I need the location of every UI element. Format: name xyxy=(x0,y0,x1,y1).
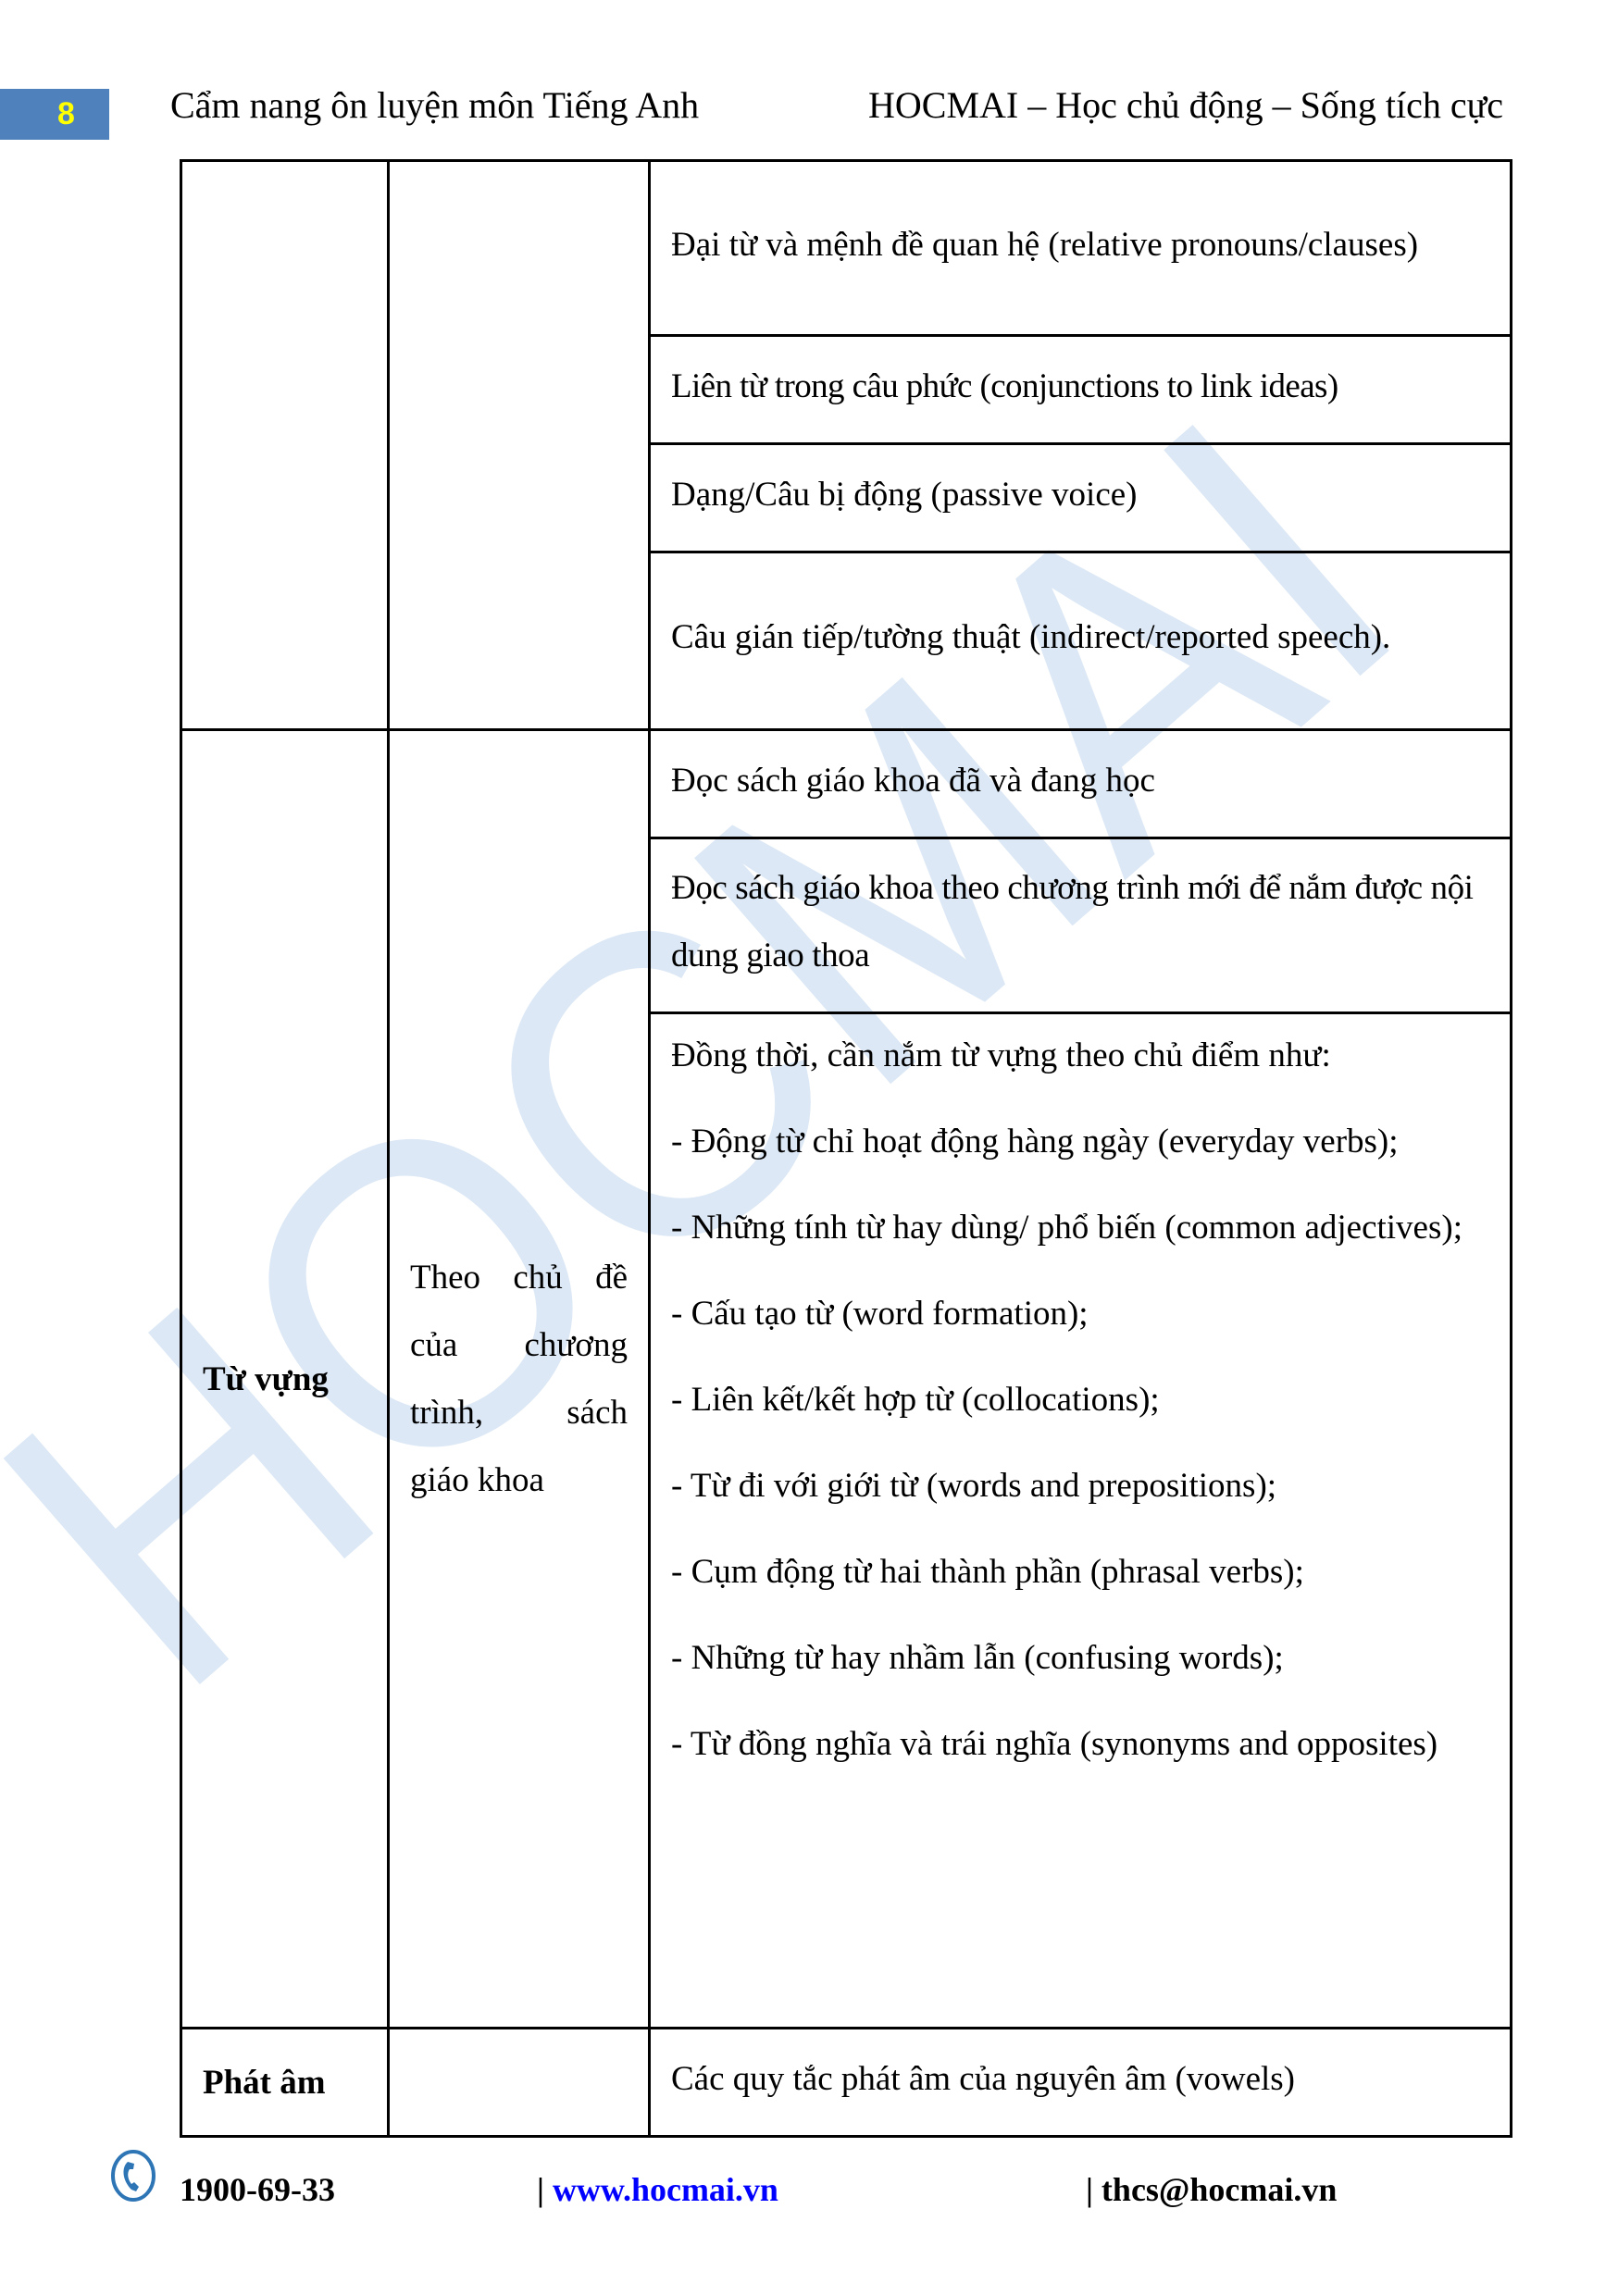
vocabulary-topics: Đồng thời, cần nắm từ vựng theo chủ điểm… xyxy=(650,1013,1512,2029)
footer-phone: 1900-69-33 xyxy=(180,2162,335,2217)
category-label: Phát âm xyxy=(182,2049,387,2116)
table-row: Đại từ và mệnh đề quan hệ (relative pron… xyxy=(181,161,1512,336)
phone-icon xyxy=(107,2149,163,2204)
topic-item: - Động từ chỉ hoạt động hàng ngày (every… xyxy=(671,1108,1489,1175)
scope-cell-empty xyxy=(389,161,650,730)
category-label: Từ vựng xyxy=(182,1346,387,1413)
syllabus-table: Đại từ và mệnh đề quan hệ (relative pron… xyxy=(180,159,1512,2138)
grammar-item: Dạng/Câu bị động (passive voice) xyxy=(650,444,1512,552)
page-number: 8 xyxy=(57,89,75,140)
vocabulary-item: Đọc sách giáo khoa theo chương trình mới… xyxy=(650,838,1512,1013)
scope-cell xyxy=(389,2029,650,2137)
table-row: Phát âm Các quy tắc phát âm của nguyên â… xyxy=(181,2029,1512,2137)
topics-intro: Đồng thời, cần nắm từ vựng theo chủ điểm… xyxy=(671,1022,1489,1089)
topic-item: - Những tính từ hay dùng/ phổ biến (comm… xyxy=(671,1194,1489,1261)
topic-item: - Từ đồng nghĩa và trái nghĩa (synonyms … xyxy=(671,1710,1489,1778)
table-row: Từ vựng Theo chủ đề của chương trình, sá… xyxy=(181,730,1512,838)
category-cell-empty xyxy=(181,161,389,730)
topic-item: - Cụm động từ hai thành phần (phrasal ve… xyxy=(671,1538,1489,1606)
footer-email[interactable]: | thcs@hocmai.vn xyxy=(1086,2162,1337,2217)
topic-item: - Những từ hay nhầm lẫn (confusing words… xyxy=(671,1624,1489,1692)
footer-website[interactable]: | www.hocmai.vn xyxy=(537,2162,778,2217)
document-title: Cẩm nang ôn luyện môn Tiếng Anh xyxy=(170,80,699,131)
page-number-badge xyxy=(0,89,109,140)
header-slogan: HOCMAI – Học chủ động – Sống tích cực xyxy=(868,80,1503,131)
category-cell: Từ vựng xyxy=(181,730,389,2029)
category-cell: Phát âm xyxy=(181,2029,389,2137)
grammar-item: Đại từ và mệnh đề quan hệ (relative pron… xyxy=(650,161,1512,336)
grammar-item: Câu gián tiếp/tường thuật (indirect/repo… xyxy=(650,552,1512,730)
scope-cell: Theo chủ đề của chương trình, sách giáo … xyxy=(389,730,650,2029)
topic-item: - Từ đi với giới từ (words and prepositi… xyxy=(671,1452,1489,1520)
grammar-item: Liên từ trong câu phức (conjunctions to … xyxy=(650,336,1512,444)
scope-text: Theo chủ đề của chương trình, sách giáo … xyxy=(390,1244,648,1514)
pronunciation-item: Các quy tắc phát âm của nguyên âm (vowel… xyxy=(650,2029,1512,2137)
topic-item: - Cấu tạo từ (word formation); xyxy=(671,1280,1489,1347)
topic-item: - Liên kết/kết hợp từ (collocations); xyxy=(671,1366,1489,1433)
vocabulary-item: Đọc sách giáo khoa đã và đang học xyxy=(650,730,1512,838)
